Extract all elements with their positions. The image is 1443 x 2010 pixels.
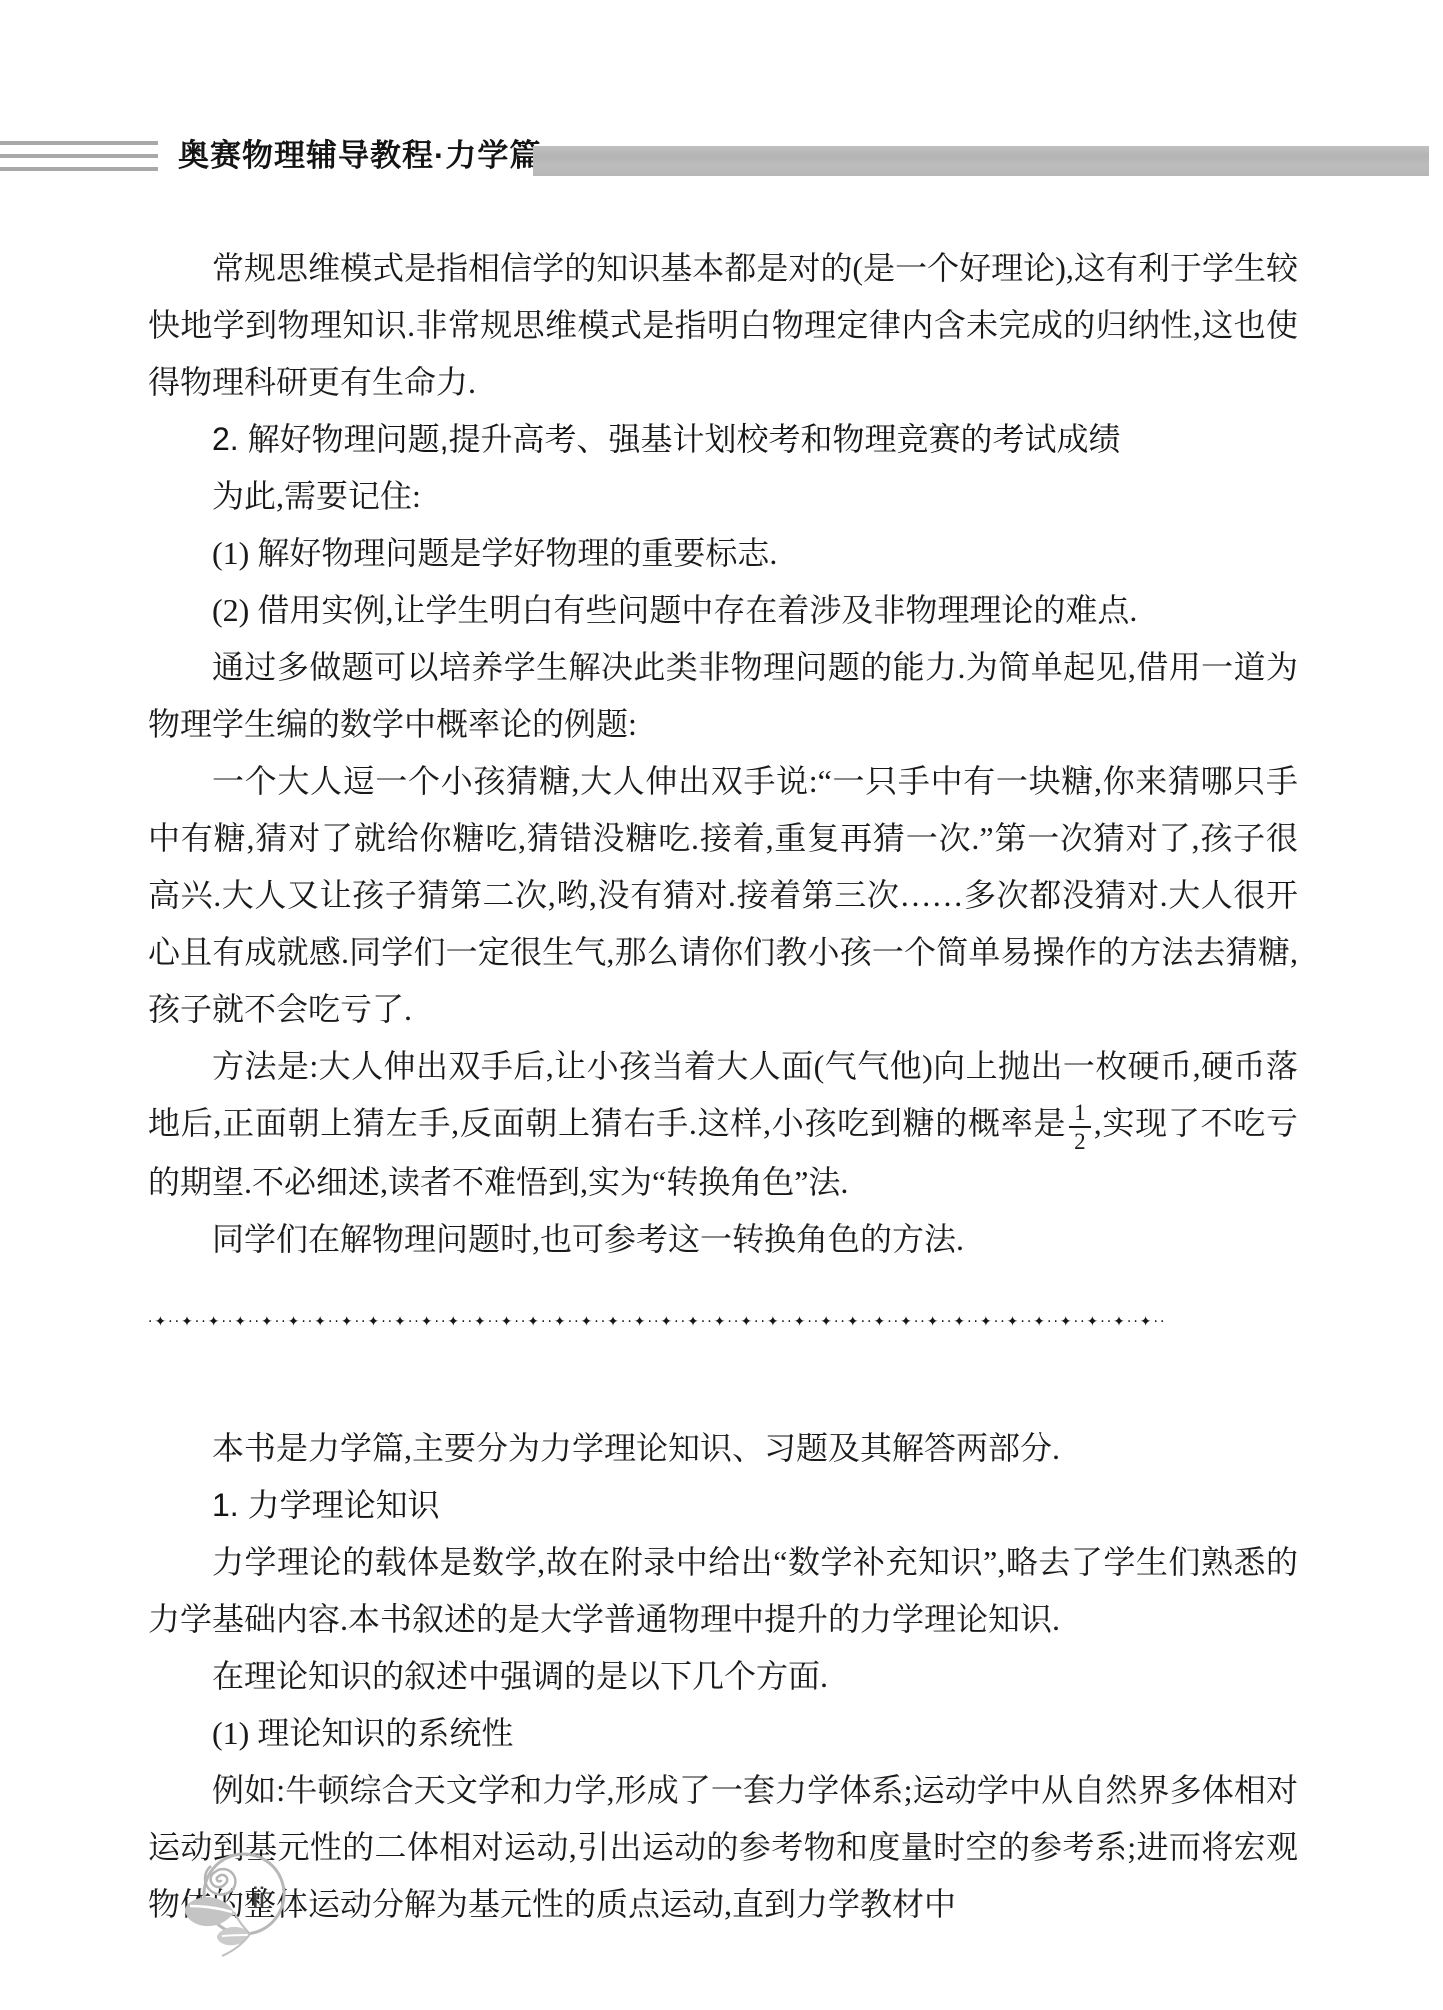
- paragraph: 同学们在解物理问题时,也可参考这一转换角色的方法.: [148, 1211, 1298, 1268]
- section-divider: ·✦··✦··✦··✦··✦··✦··✦··✦··✦··✦··✦··✦··✦··…: [148, 1302, 1298, 1342]
- leaf-vein: [222, 1935, 248, 1936]
- preface-section-2: 本书是力学篇,主要分为力学理论知识、习题及其解答两部分. 1. 力学理论知识 力…: [148, 1420, 1298, 1933]
- book-page: 奥赛物理辅导教程·力学篇 常规思维模式是指相信学的知识基本都是对的(是一个好理论…: [0, 0, 1443, 2010]
- paragraph: 一个大人逗一个小孩猜糖,大人伸出双手说:“一只手中有一块糖,你来猜哪只手中有糖,…: [148, 753, 1298, 1038]
- paragraph: 为此,需要记住:: [148, 468, 1298, 525]
- running-head-title: 奥赛物理辅导教程·力学篇: [178, 136, 541, 176]
- list-item-paragraph: (1) 理论知识的系统性: [148, 1705, 1298, 1762]
- list-item-paragraph: (1) 解好物理问题是学好物理的重要标志.: [148, 525, 1298, 582]
- header-stripes-decoration: [0, 141, 158, 180]
- paragraph-with-fraction: 方法是:大人伸出双手后,让小孩当着大人面(气气他)向上抛出一枚硬币,硬币落地后,…: [148, 1038, 1298, 1211]
- fraction-numerator: 1: [1069, 1099, 1091, 1128]
- paragraph: 通过多做题可以培养学生解决此类非物理问题的能力.为简单起见,借用一道为物理学生编…: [148, 639, 1298, 753]
- paragraph: 常规思维模式是指相信学的知识基本都是对的(是一个好理论),这有利于学生较快地学到…: [148, 240, 1298, 411]
- preface-section-1: 常规思维模式是指相信学的知识基本都是对的(是一个好理论),这有利于学生较快地学到…: [148, 240, 1298, 1268]
- fraction-denominator: 2: [1069, 1128, 1091, 1155]
- spiral-icon: [205, 1866, 235, 1895]
- leaf-spiral-ornament-icon: ii: [180, 1850, 304, 1970]
- paragraph: 力学理论的载体是数学,故在附录中给出“数学补充知识”,略去了学生们熟悉的力学基础…: [148, 1534, 1298, 1648]
- paragraph: 在理论知识的叙述中强调的是以下几个方面.: [148, 1648, 1298, 1705]
- header-stripe: [0, 167, 158, 171]
- header-stripe: [0, 141, 158, 145]
- header-gray-bar: [533, 146, 1429, 176]
- fraction-one-half: 12: [1069, 1099, 1091, 1154]
- numbered-heading: 1. 力学理论知识: [148, 1477, 1298, 1534]
- paragraph: 本书是力学篇,主要分为力学理论知识、习题及其解答两部分.: [148, 1420, 1298, 1477]
- footer-decoration: ii: [180, 1850, 304, 1970]
- list-item-paragraph: (2) 借用实例,让学生明白有些问题中存在着涉及非物理理论的难点.: [148, 582, 1298, 639]
- page-number: ii: [252, 1882, 265, 1915]
- header-stripe: [0, 154, 158, 158]
- paragraph: 例如:牛顿综合天文学和力学,形成了一套力学体系;运动学中从自然界多体相对运动到基…: [148, 1762, 1298, 1933]
- numbered-heading: 2. 解好物理问题,提升高考、强基计划校考和物理竞赛的考试成绩: [148, 411, 1298, 468]
